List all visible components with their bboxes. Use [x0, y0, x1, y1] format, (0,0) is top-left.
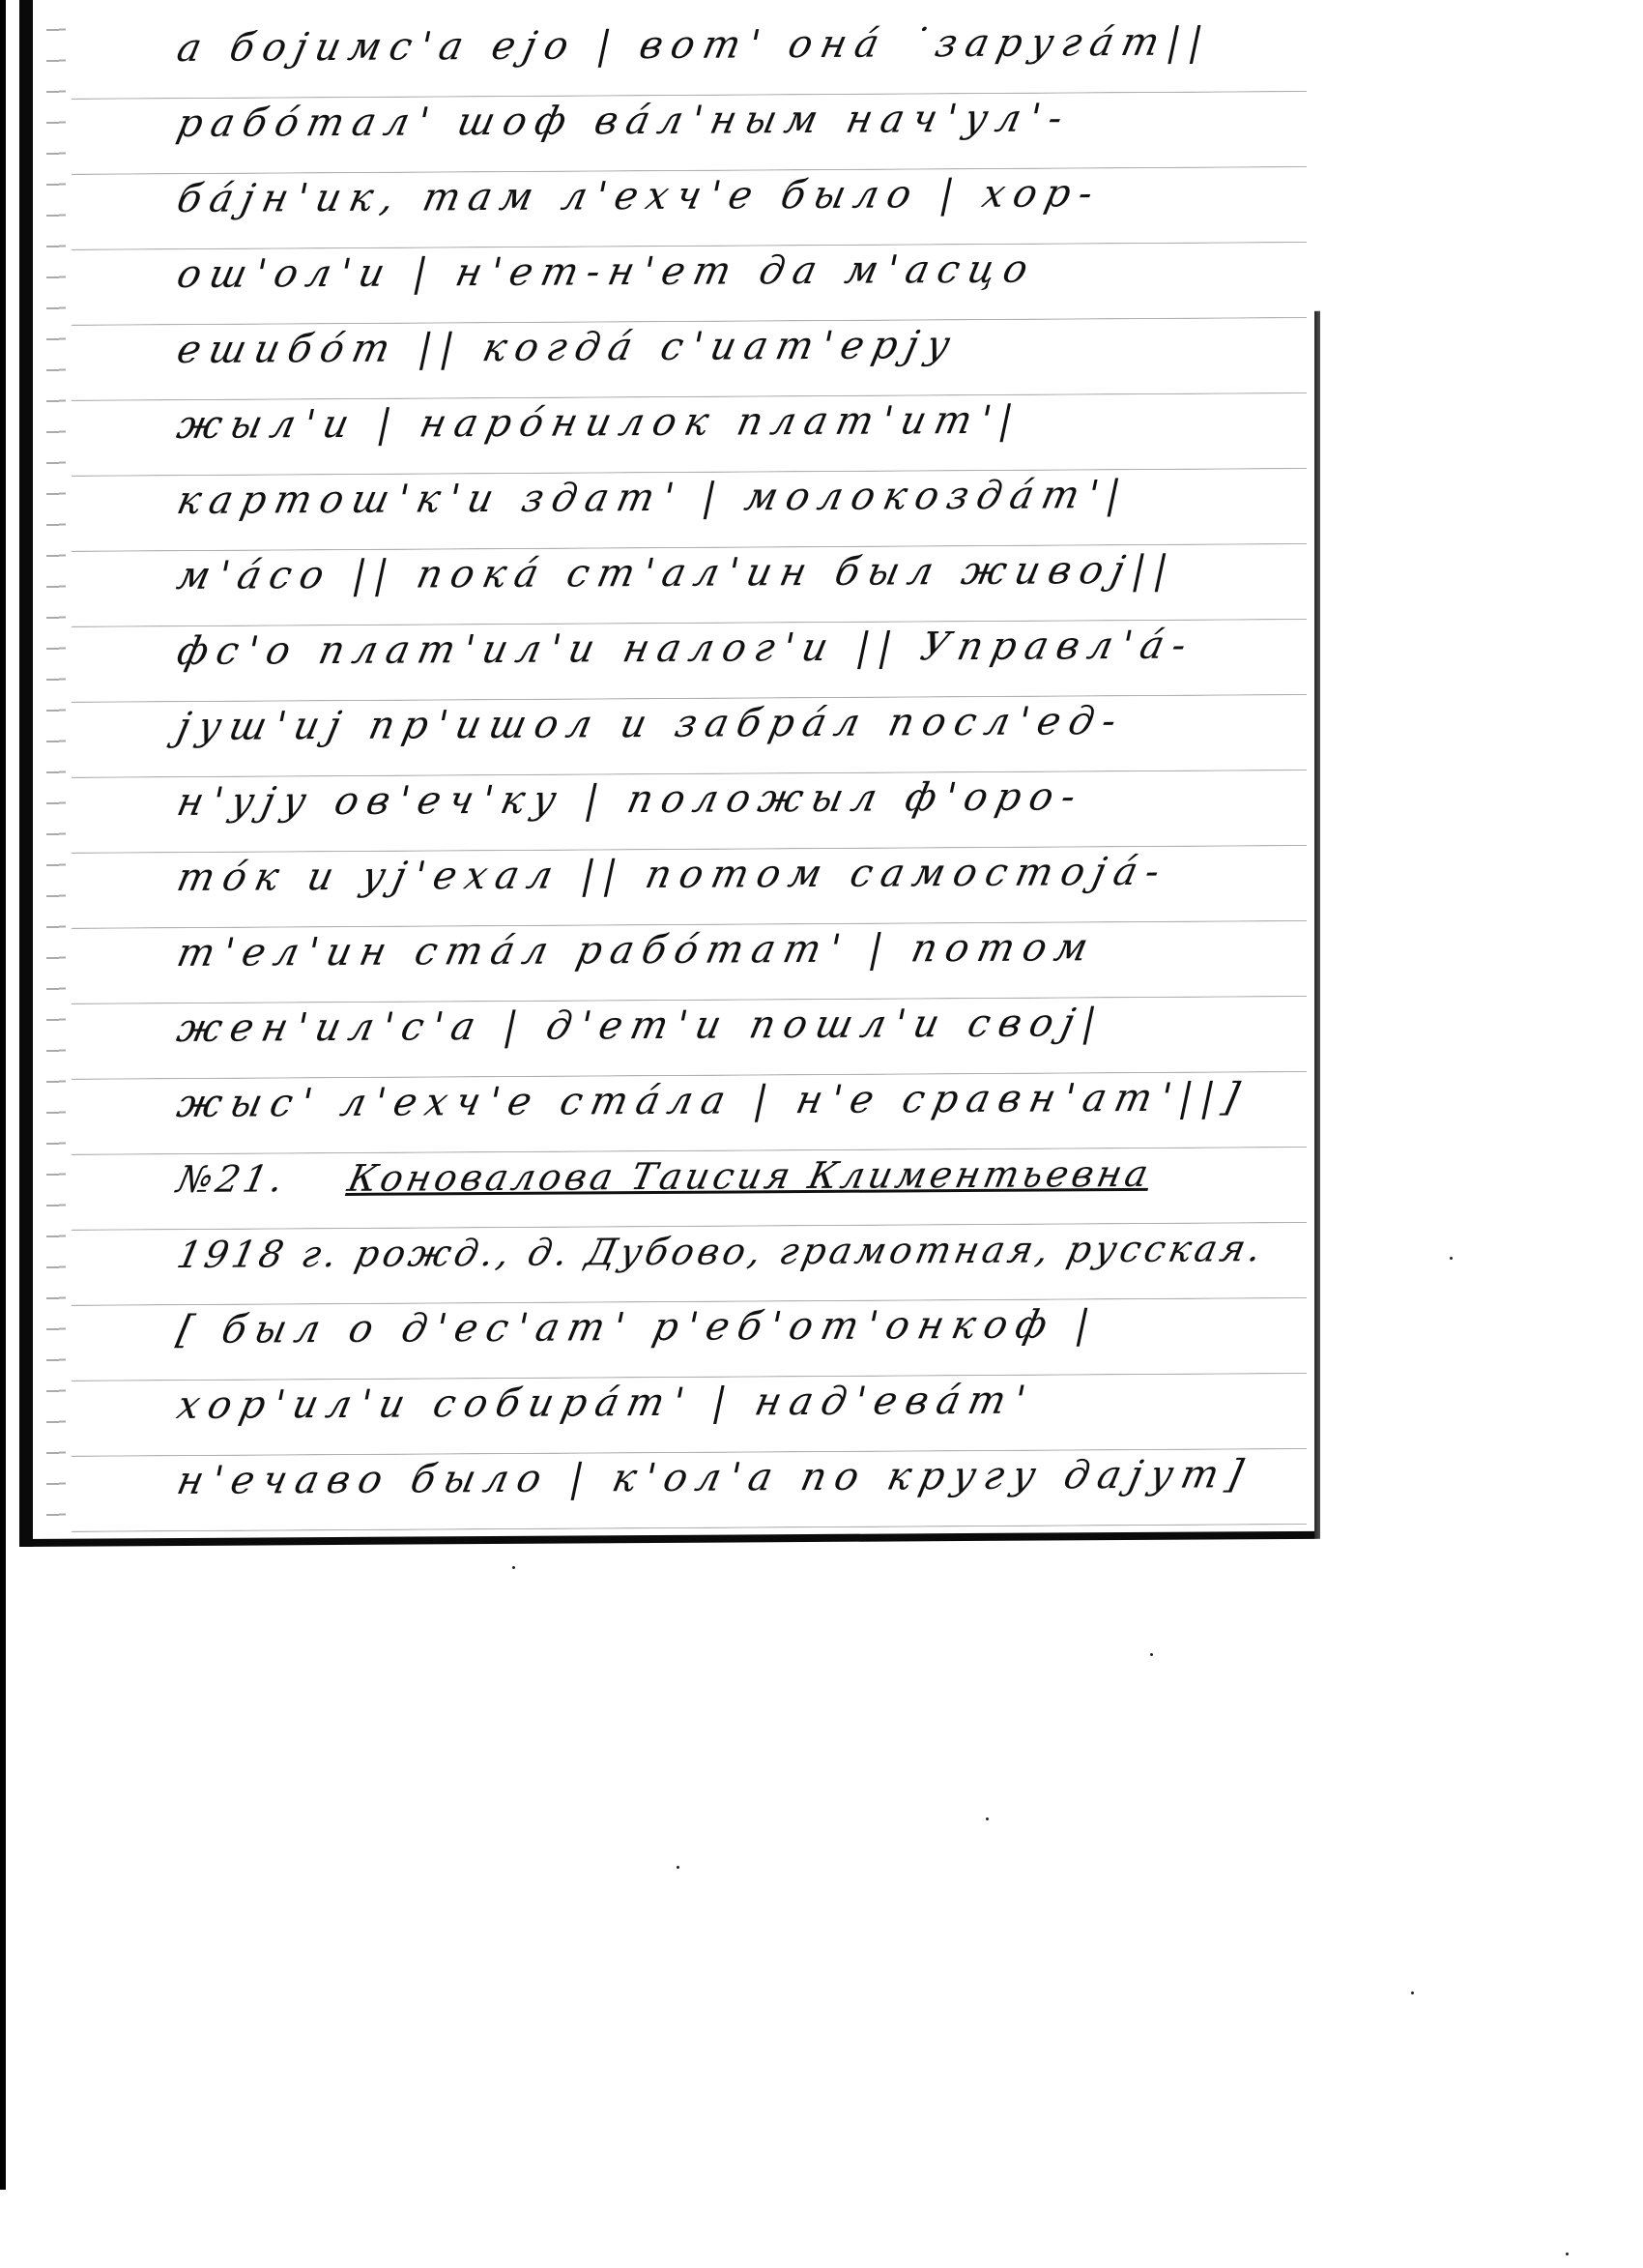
text-line: а бојимс'а ејо | вот' она́ ˙заругáт||: [170, 4, 1294, 86]
text-line: рабóтал' шоф вáл'ным нач'ул'-: [170, 79, 1294, 161]
text-line: н'ечаво было | к'ол'а по кругу дајут]: [170, 1437, 1294, 1519]
text-line: хор'ил'и собирáт' | над'евáт': [170, 1361, 1294, 1443]
text-line: ош'ол'и | н'ет-н'ет да м'асцо: [170, 230, 1294, 312]
scan-speck: [677, 1866, 679, 1869]
text-line: фс'о плат'ил'и налог'и || Управл'á-: [170, 607, 1294, 689]
text-line: н'ују ов'еч'ку | положыл ф'оро-: [170, 758, 1294, 840]
informant-name: Коновалова Таисия Климентьевна: [344, 1152, 1156, 1200]
notebook-page: а бојимс'а ејо | вот' она́ ˙заругáт|| ра…: [19, 0, 1314, 1547]
handwritten-text: а бојимс'а ејо | вот' она́ ˙заругáт|| ра…: [178, 4, 1285, 1519]
text-line: ба́јн'ик, там л'ехч'е было | хор-: [170, 155, 1294, 237]
text-line: јуш'иј пр'ишол и забрáл посл'ед-: [170, 683, 1294, 765]
text-line: м'áсо || покá ст'ал'ин был живој||: [170, 532, 1294, 614]
scan-speck: [986, 1817, 989, 1820]
text-line: жыл'и | нарóнилок плат'ит'|: [170, 381, 1294, 463]
text-line: тóк и уј'ехал || потом самостоја́-: [170, 833, 1294, 916]
scan-left-edge: [0, 0, 6, 2190]
entry-number: №21.: [173, 1157, 291, 1201]
text-line: жен'ил'с'а | д'ет'и пошл'и свој|: [170, 984, 1294, 1066]
text-line: жыс' л'ехч'е стáла | н'е сравн'ат'||]: [170, 1060, 1294, 1142]
text-line: картош'к'и здат' | молокоздáт'|: [170, 456, 1294, 538]
page-right-edge: [1314, 311, 1320, 1539]
text-line: [ был о д'ес'ат' р'еб'от'онкоф |: [170, 1286, 1294, 1368]
scan-speck: [512, 1566, 515, 1569]
text-line: ешибóт || когдá с'иат'ерју: [170, 305, 1294, 388]
scan-speck: [1411, 1992, 1414, 1994]
entry-header: №21. Коновалова Таисия Климентьевна: [170, 1135, 1294, 1217]
informant-details: 1918 г. рожд., д. Дубово, грамотная, рус…: [170, 1210, 1294, 1293]
page-margin-ticks: [46, 0, 66, 1539]
scan-speck: [1150, 1653, 1153, 1656]
scan-speck: [1450, 1257, 1453, 1260]
text-line: т'ел'ин стáл рабóтат' | потом: [170, 909, 1294, 991]
scan-speck: [1566, 2253, 1569, 2255]
